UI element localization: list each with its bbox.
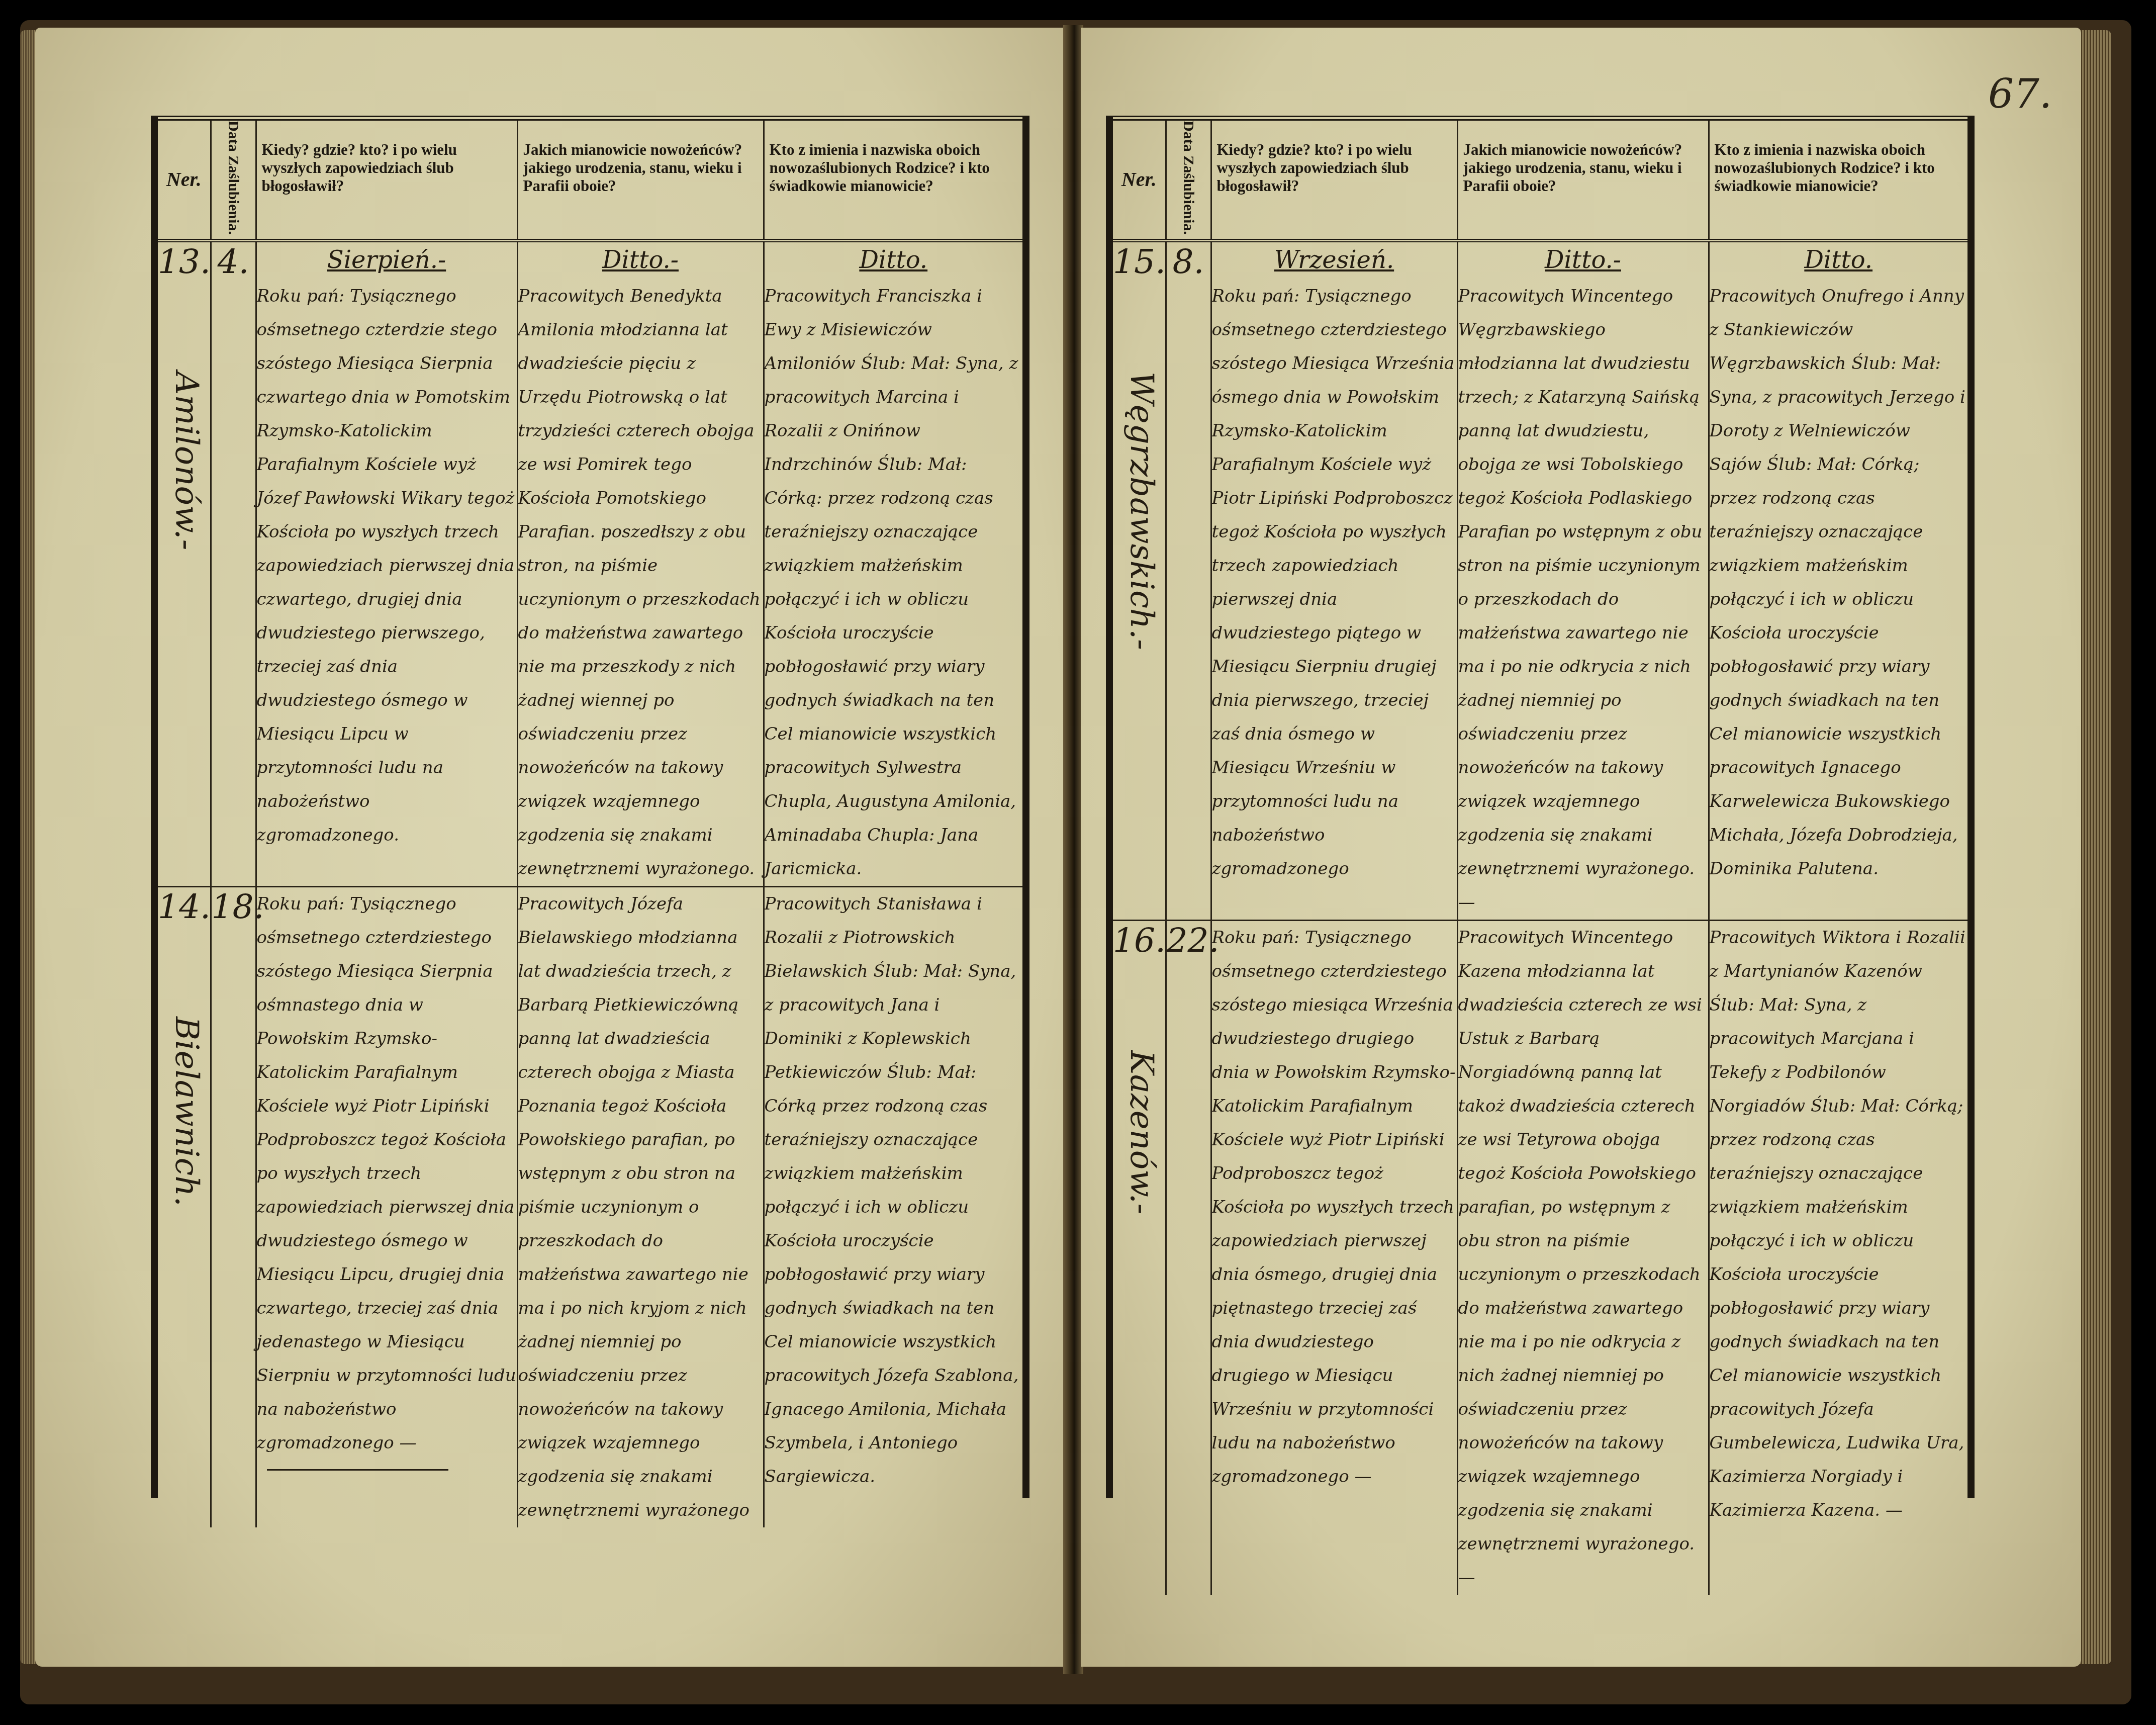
- entry-day: 18.: [211, 886, 256, 1527]
- month-label: Wrzesień.: [1212, 242, 1457, 278]
- entry-when: Sierpień.- Roku pań: Tysiącznego ośmsetn…: [256, 240, 517, 886]
- table-row: 14. Bielawnich. 18. Roku pań: Tysiączneg…: [158, 886, 1022, 1527]
- entry-who: Pracowitych Wincentego Kazena młodzianna…: [1457, 920, 1709, 1595]
- ditto-label: Ditto.-: [1458, 242, 1708, 278]
- register-table-left: Ner. Data Zaślubienia. Kiedy? gdzie? kto…: [151, 116, 1029, 1498]
- entry-surname: Bielawnich.: [168, 1017, 205, 1207]
- entry-surname: Węgrzbawskich.-: [1123, 372, 1160, 650]
- entry-number: 15. Węgrzbawskich.-: [1113, 240, 1166, 920]
- header-ner: Ner.: [158, 118, 211, 240]
- header-date: Data Zaślubienia.: [211, 118, 256, 240]
- register-table-right: Ner. Data Zaślubienia. Kiedy? gdzie? kto…: [1106, 116, 1975, 1498]
- table-row: 13. Amilonów.- 4. Sierpień.- Roku pań: T…: [158, 240, 1022, 886]
- table-row: 15. Węgrzbawskich.- 8. Wrzesień. Roku pa…: [1113, 240, 1967, 920]
- entry-surname: Amilonów.-: [168, 372, 205, 550]
- ditto-label: Ditto.: [765, 242, 1023, 278]
- table-row: 16. Kazenów.- 22. Roku pań: Tysiącznego …: [1113, 920, 1967, 1595]
- header-newlyweds: Jakich mianowicie nowożeńców? jakiego ur…: [517, 118, 764, 240]
- entry-when: Wrzesień. Roku pań: Tysiącznego ośmsetne…: [1211, 240, 1457, 920]
- entry-who: Ditto.- Pracowitych Benedykta Amilonia m…: [517, 240, 764, 886]
- table-header: Ner. Data Zaślubienia. Kiedy? gdzie? kto…: [158, 118, 1022, 240]
- entry-who: Pracowitych Józefa Bielawskiego młodzian…: [517, 886, 764, 1527]
- entry-day: 22.: [1166, 920, 1211, 1595]
- entry-surname: Kazenów.-: [1123, 1050, 1160, 1214]
- page-number: 67.: [1988, 70, 2052, 117]
- header-ner: Ner.: [1113, 118, 1166, 240]
- header-newlyweds: Jakich mianowicie nowożeńców? jakiego ur…: [1457, 118, 1709, 240]
- entry-when: Roku pań: Tysiącznego ośmsetnego czterdz…: [256, 886, 517, 1527]
- entry-who: Ditto.- Pracowitych Wincentego Węgrzbaws…: [1457, 240, 1709, 920]
- entry-parents: Ditto. Pracowitych Onufrego i Anny z Sta…: [1709, 240, 1967, 920]
- ditto-label: Ditto.-: [518, 242, 763, 278]
- month-label: Sierpień.-: [257, 242, 517, 278]
- book-edge-right: [2076, 30, 2111, 1664]
- entry-number: 16. Kazenów.-: [1113, 920, 1166, 1595]
- entry-number: 13. Amilonów.-: [158, 240, 211, 886]
- header-when-where: Kiedy? gdzie? kto? i po wielu wyszłych z…: [256, 118, 517, 240]
- book-gutter: [1063, 25, 1083, 1674]
- entry-day: 4.: [211, 240, 256, 886]
- entry-day: 8.: [1166, 240, 1211, 920]
- left-page: Ner. Data Zaślubienia. Kiedy? gdzie? kto…: [35, 28, 1066, 1667]
- entry-parents: Pracowitych Stanisława i Rozalii z Piotr…: [764, 886, 1022, 1527]
- ditto-label: Ditto.: [1710, 242, 1968, 278]
- right-page: Ner. Data Zaślubienia. Kiedy? gdzie? kto…: [1081, 28, 2081, 1667]
- entry-parents: Ditto. Pracowitych Franciszka i Ewy z Mi…: [764, 240, 1022, 886]
- header-when-where: Kiedy? gdzie? kto? i po wielu wyszłych z…: [1211, 118, 1457, 240]
- entry-parents: Pracowitych Wiktora i Rozalii z Martynia…: [1709, 920, 1967, 1595]
- entry-number: 14. Bielawnich.: [158, 886, 211, 1527]
- entry-when: Roku pań: Tysiącznego ośmsetnego czterdz…: [1211, 920, 1457, 1595]
- table-header: Ner. Data Zaślubienia. Kiedy? gdzie? kto…: [1113, 118, 1967, 240]
- header-date: Data Zaślubienia.: [1166, 118, 1211, 240]
- header-parents-witnesses: Kto z imienia i nazwiska oboich nowozaśl…: [1709, 118, 1967, 240]
- header-parents-witnesses: Kto z imienia i nazwiska oboich nowozaśl…: [764, 118, 1022, 240]
